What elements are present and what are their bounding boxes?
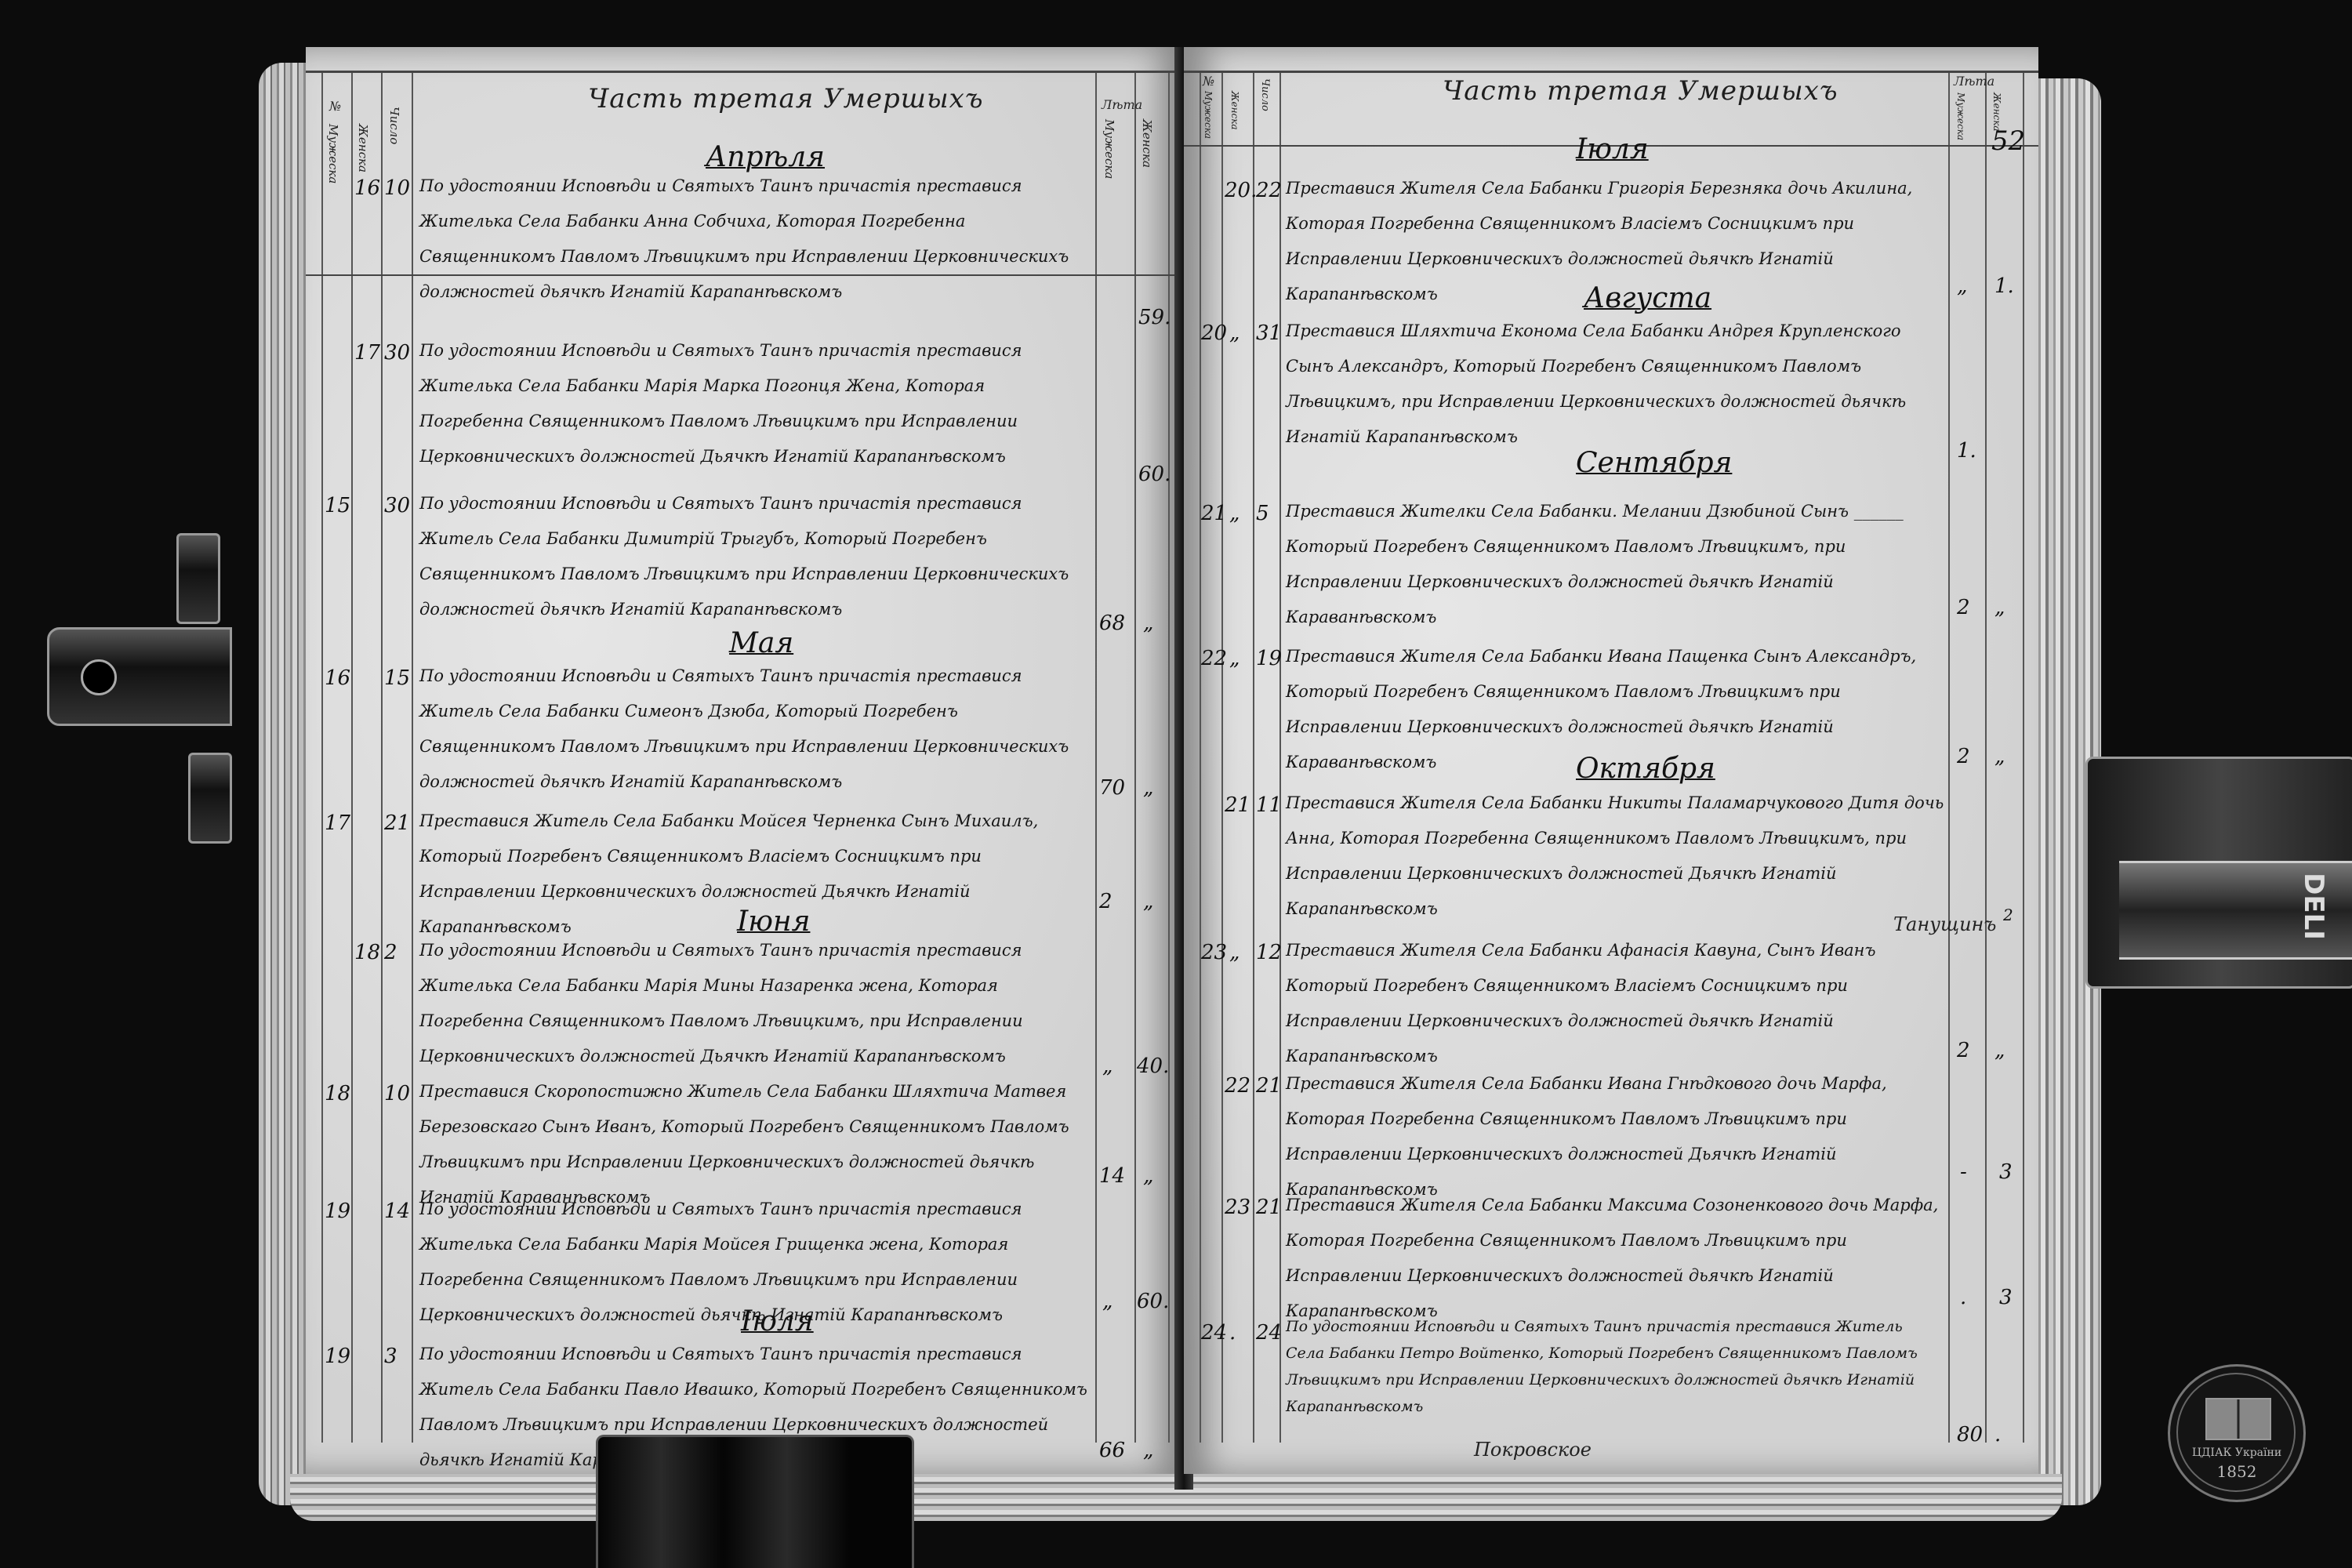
- entry-number-female: „: [1229, 941, 1240, 964]
- entry-number-female: „: [1229, 502, 1240, 525]
- bottom-binder-clip: [596, 1435, 914, 1568]
- entry-age-female: „: [1994, 1039, 2005, 1062]
- footer-signature: Покровское: [1474, 1439, 1592, 1461]
- left-binder-clip: [47, 627, 232, 726]
- entry-day: 11: [1256, 793, 1282, 817]
- entry-day: 30: [384, 341, 410, 365]
- entry-day: 21: [384, 811, 410, 835]
- column-header-number: №: [1203, 74, 1214, 89]
- open-book-icon: [2205, 1398, 2271, 1440]
- entry-day: 10: [384, 1082, 410, 1105]
- entry-age: 60.: [1138, 463, 1171, 486]
- column-header-age-male: Мужеска: [1102, 119, 1116, 179]
- column-header-number-male: Мужеска: [1203, 91, 1214, 139]
- entry-number: 16: [354, 176, 380, 200]
- month-heading: Октября: [1576, 753, 1715, 785]
- entry-age-female: .: [1994, 1423, 2001, 1446]
- column-header-age: Лѣта: [1102, 97, 1142, 112]
- entry-number-female: .: [1229, 1321, 1236, 1345]
- month-heading: Іюля: [741, 1305, 814, 1338]
- left-clip-handle-bottom: [188, 753, 232, 844]
- entry-number: 17: [325, 811, 350, 835]
- entry-age-female: „: [1143, 612, 1153, 635]
- entry-text: По удостоянии Исповѣди и Святыхъ Таинъ п…: [1286, 1313, 1944, 1420]
- stamp-year: 1852: [2170, 1462, 2303, 1481]
- entry-age-male: .: [1960, 1286, 1966, 1309]
- archive-stamp: ЦЕНТРАЛЬНИЙ ДЕРЖАВНИЙ ІСТОРИЧНИЙ АРХІВ У…: [2168, 1364, 2306, 1502]
- page-title-left: Часть третая Умершыхъ: [588, 83, 984, 114]
- entry-age: 3: [1999, 1286, 2013, 1309]
- entry-day: 21: [1256, 1196, 1282, 1219]
- entry-age: 68: [1099, 612, 1125, 635]
- entry-text: Преставися Жителя Села Бабанки Ивана Гнѣ…: [1286, 1066, 1944, 1207]
- column-header-number-female: Женска: [356, 124, 370, 172]
- entry-age: 66: [1099, 1439, 1125, 1462]
- entry-day: 31: [1256, 321, 1282, 345]
- entry-number: 21: [1225, 793, 1250, 817]
- entry-day: 21: [1256, 1074, 1282, 1098]
- entry-number: 21: [1201, 502, 1227, 525]
- entry-number: 15: [325, 494, 350, 517]
- month-heading: Іюля: [1576, 133, 1649, 165]
- entry-text: По удостоянии Исповѣди и Святыхъ Таинъ п…: [419, 333, 1090, 474]
- entry-number-female: „: [1229, 321, 1240, 345]
- entry-day: 14: [384, 1200, 410, 1223]
- entry-age: 2: [1957, 596, 1970, 619]
- entry-age-female: „: [1143, 776, 1153, 800]
- entry-age: 80: [1957, 1423, 1983, 1446]
- entry-day: 5: [1256, 502, 1269, 525]
- column-header-age: Лѣта: [1954, 74, 1994, 89]
- entry-day: 30: [384, 494, 410, 517]
- entry-day: 12: [1256, 941, 1282, 964]
- entry-day: 2: [384, 941, 397, 964]
- entry-number: 22: [1201, 647, 1227, 670]
- month-heading: Мая: [729, 627, 793, 659]
- column-header-number-female: Женска: [1229, 91, 1240, 130]
- entry-text: По удостоянии Исповѣди и Святыхъ Таинъ п…: [419, 486, 1090, 627]
- entry-day: 24: [1256, 1321, 1282, 1345]
- entry-day: 10: [384, 176, 410, 200]
- entry-number: 18: [354, 941, 380, 964]
- entry-text: Преставися Жителя Села Бабанки Никиты Па…: [1286, 786, 1944, 927]
- entry-number: 17: [354, 341, 380, 365]
- entry-age: 1.: [1957, 439, 1976, 463]
- column-header-day: Число: [387, 107, 401, 144]
- right-binder-clip: DELI: [2085, 757, 2352, 989]
- entry-day: 19: [1256, 647, 1282, 670]
- entry-age: 2: [1957, 745, 1970, 768]
- entry-number: 20.: [1225, 179, 1257, 202]
- entry-age: 2: [1099, 890, 1112, 913]
- entry-age: 2: [1957, 1039, 1970, 1062]
- entry-number: 22: [1225, 1074, 1250, 1098]
- entry-text: По удостоянии Исповѣди и Святыхъ Таинъ п…: [419, 933, 1090, 1074]
- column-header-age-male: Мужеска: [1955, 93, 1966, 140]
- entry-age: 2: [2003, 906, 2013, 924]
- month-heading: Сентября: [1576, 447, 1732, 479]
- entry-text: Преставися Жителя Села Бабанки Афанасія …: [1286, 933, 1944, 1074]
- entry-number: 19: [325, 1200, 350, 1223]
- entry-text: Преставися Жителя Села Бабанки Максима С…: [1286, 1188, 1944, 1329]
- entry-age-female: „: [1143, 1164, 1153, 1188]
- entry-day: 3: [384, 1345, 397, 1368]
- column-header-age-female: Женска: [1140, 119, 1154, 168]
- entry-number: 16: [325, 666, 350, 690]
- entry-day: 22: [1256, 179, 1282, 202]
- folio-number: 52: [1991, 125, 2025, 157]
- entry-age-male: „: [1102, 1290, 1112, 1313]
- entry-number: 24: [1201, 1321, 1227, 1345]
- entry-age: 14: [1099, 1164, 1125, 1188]
- entry-age: 70: [1099, 776, 1125, 800]
- entry-day: 15: [384, 666, 410, 690]
- entry-age: 3: [1999, 1160, 2013, 1184]
- column-header-day: Число: [1259, 78, 1271, 111]
- entry-age-female: „: [1143, 1439, 1153, 1462]
- page-title-right: Часть третая Умершыхъ: [1443, 75, 1838, 107]
- entry-age: 59.: [1138, 306, 1171, 329]
- entry-age-male: -: [1960, 1160, 1967, 1184]
- margin-note: Танущинъ: [1893, 913, 1996, 935]
- column-header-number: №: [329, 99, 341, 114]
- entry-number: 18: [325, 1082, 350, 1105]
- entry-number: 23: [1201, 941, 1227, 964]
- open-register-book: № Мужеска Женска Число Часть третая Умер…: [259, 47, 2101, 1521]
- entry-number: 20: [1201, 321, 1227, 345]
- entry-age: 40.: [1137, 1054, 1169, 1078]
- column-header-number-male: Мужеска: [326, 124, 340, 183]
- left-page: № Мужеска Женска Число Часть третая Умер…: [306, 47, 1184, 1474]
- entry-age-male: „: [1957, 274, 1967, 298]
- entry-text: Преставися Шляхтича Економа Села Бабанки…: [1286, 314, 1944, 455]
- entry-text: По удостоянии Исповѣди и Святыхъ Таинъ п…: [419, 659, 1090, 800]
- entry-number-female: „: [1229, 647, 1240, 670]
- entry-number: 23: [1225, 1196, 1250, 1219]
- entry-age: 1.: [1994, 274, 2014, 298]
- clip-brand-logo: DELI: [2298, 873, 2329, 940]
- clip-hole-icon: [81, 659, 117, 695]
- left-clip-handle-top: [176, 533, 220, 624]
- right-page: № Мужеска Женска Число Часть третая Умер…: [1184, 47, 2038, 1474]
- entry-age-female: „: [1143, 890, 1153, 913]
- entry-age-female: „: [1994, 596, 2005, 619]
- entry-age: 60.: [1137, 1290, 1169, 1313]
- month-heading: Августа: [1584, 282, 1711, 314]
- entry-number: 19: [325, 1345, 350, 1368]
- entry-text: Преставися Жителки Села Бабанки. Мелании…: [1286, 494, 1944, 635]
- entry-age-male: „: [1102, 1054, 1112, 1078]
- entry-text: По удостоянии Исповѣди и Святыхъ Таинъ п…: [419, 169, 1090, 310]
- stamp-archive-name: ЦДІАК України: [2170, 1446, 2303, 1459]
- entry-age-female: „: [1994, 745, 2005, 768]
